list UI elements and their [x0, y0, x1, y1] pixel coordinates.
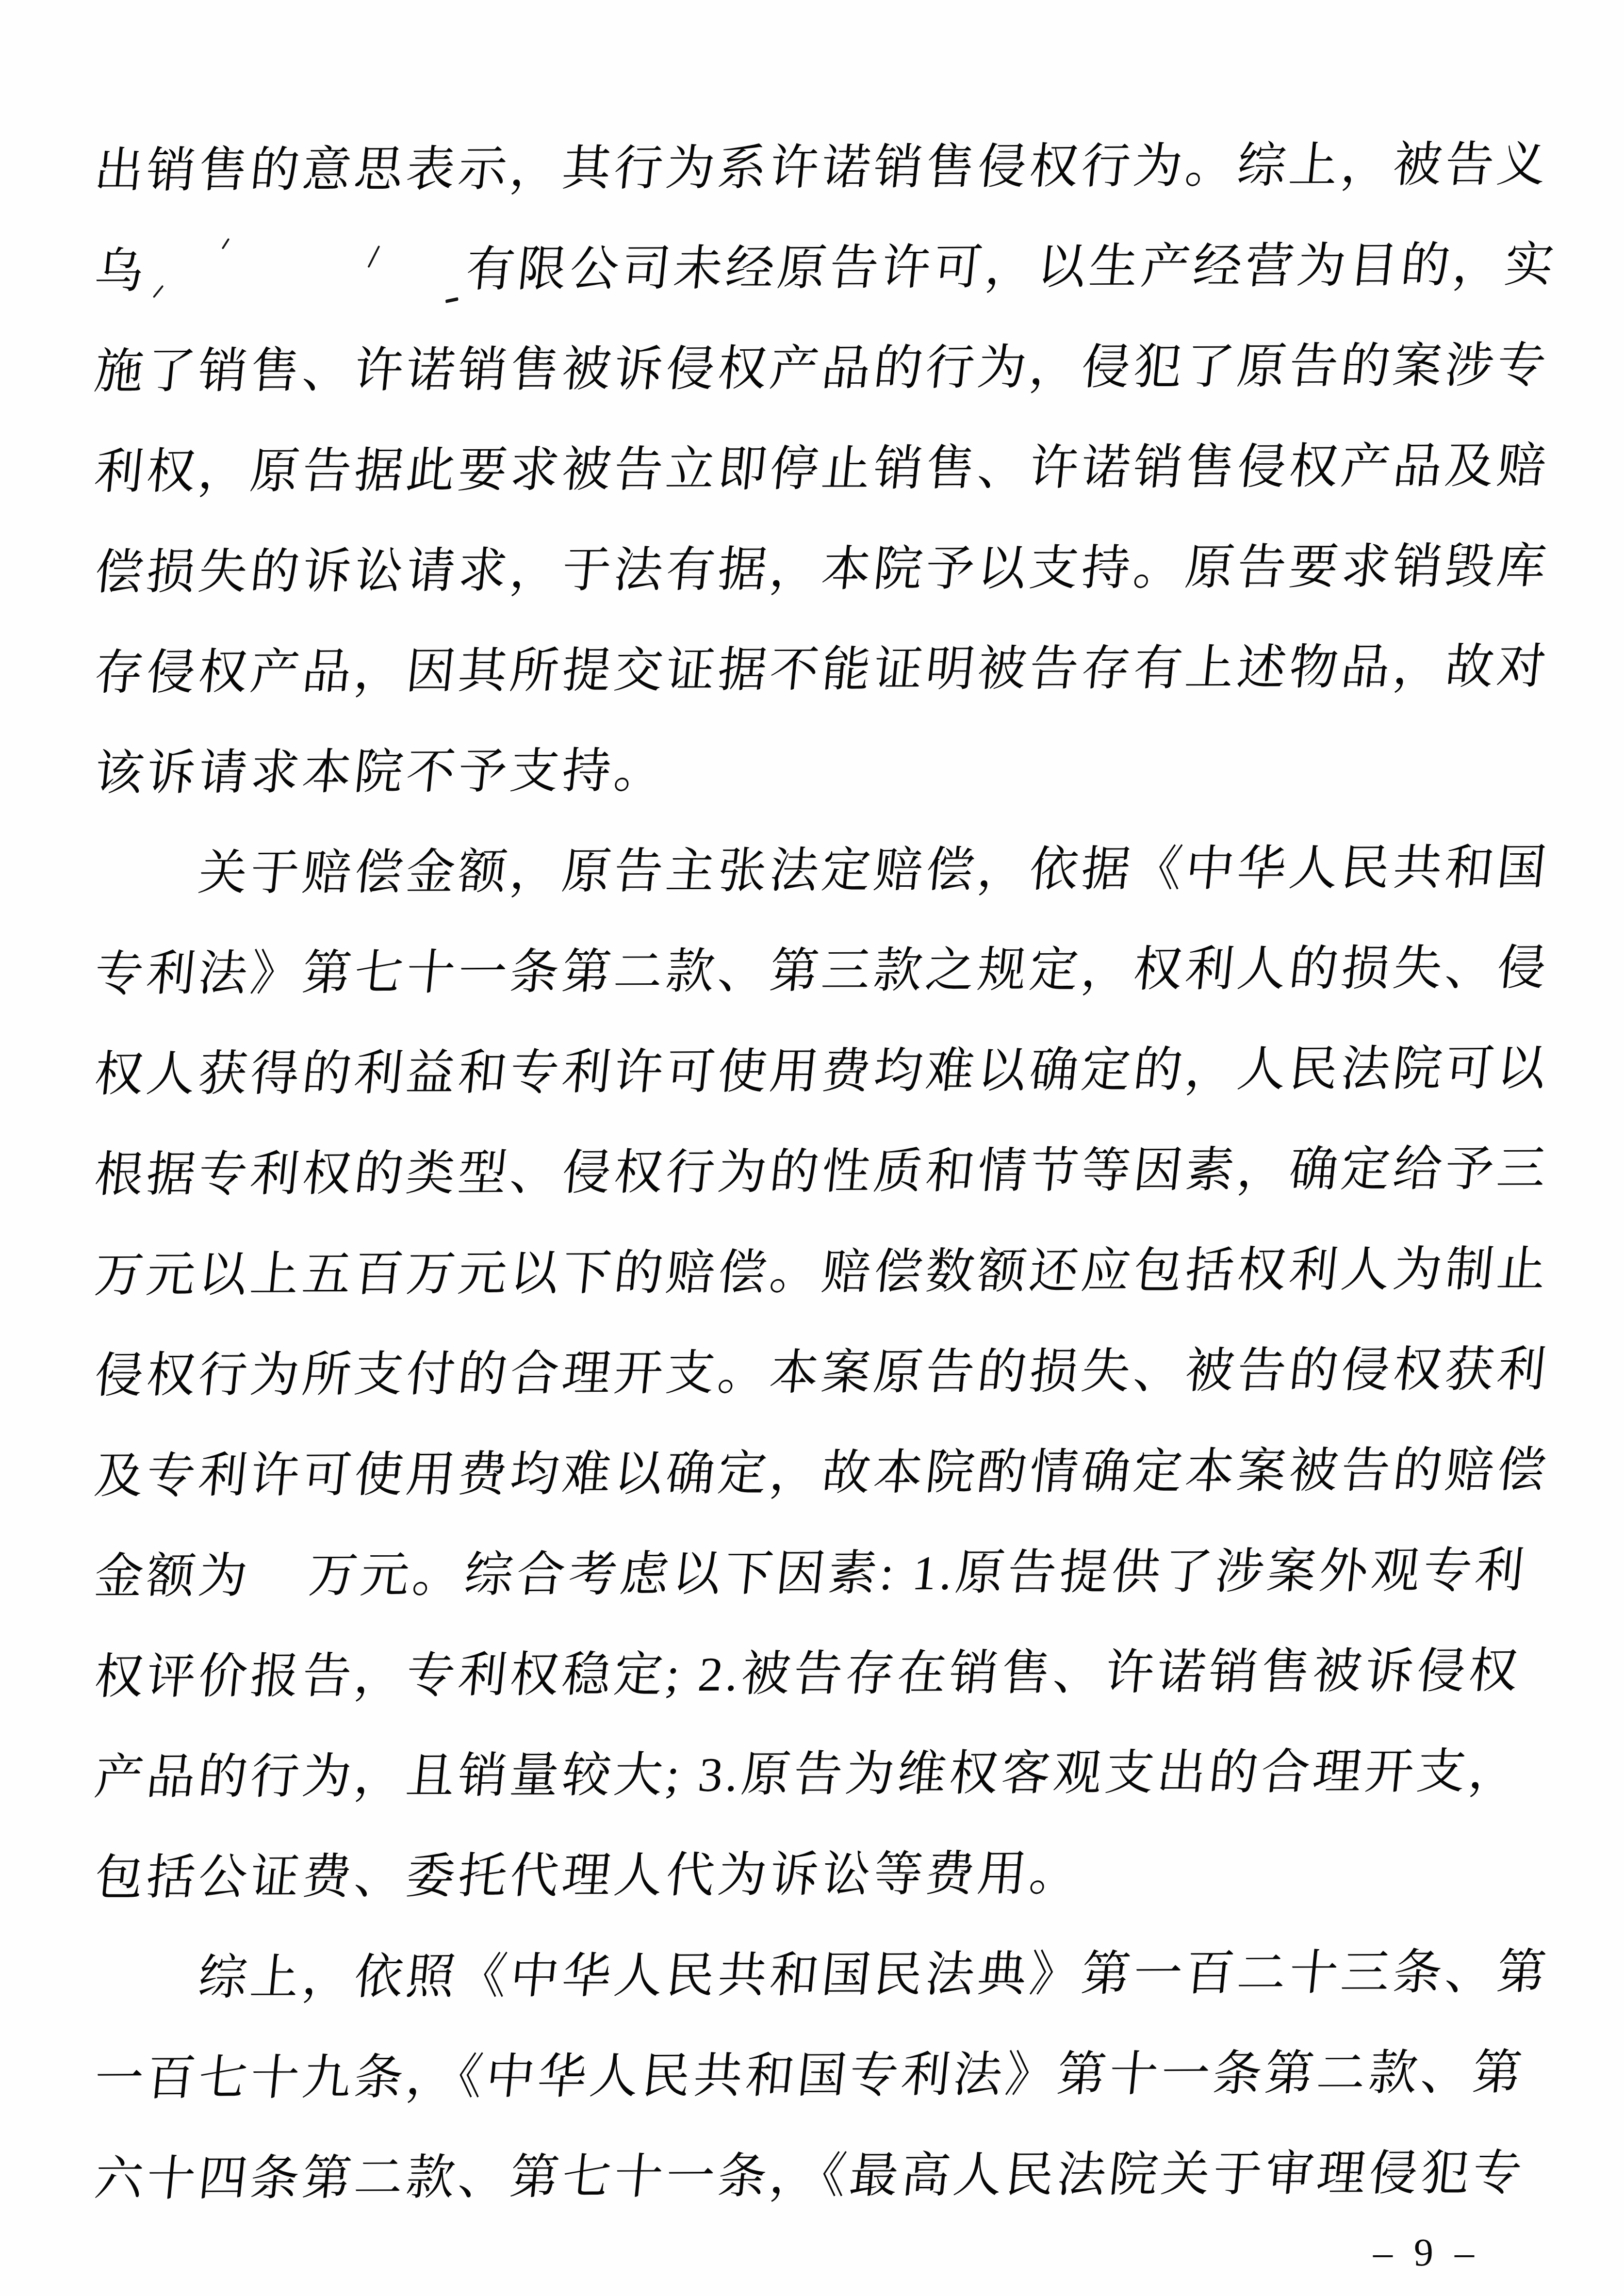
- text-line-1: 出销售的意思表示，其行为系许诺销售侵权行为。综上，被告义: [90, 114, 1557, 221]
- text-line-6: 存侵权产品，因其所提交证据不能证明被告存有上述物品，故对: [90, 616, 1557, 723]
- text-line-4: 利权，原告据此要求被告立即停止销售、许诺销售侵权产品及赔: [90, 415, 1557, 522]
- text-line-18: 包括公证费、委托代理人代为诉讼等费用。: [90, 1821, 1557, 1928]
- text-line-2: 乌有限公司未经原告许可，以生产经营为目的，实: [90, 214, 1557, 321]
- text-line-8: 关于赔偿金额，原告主张法定赔偿，依据《中华人民共和国: [90, 817, 1557, 924]
- text-line-14: 及专利许可使用费均难以确定，故本院酌情确定本案被告的赔偿: [90, 1419, 1557, 1526]
- judgment-text-block: 出销售的意思表示，其行为系许诺销售侵权行为。综上，被告义 乌有限公司未经原告许可…: [0, 117, 1624, 2226]
- text-line-11: 根据专利权的类型、侵权行为的性质和情节等因素，确定给予三: [90, 1118, 1557, 1225]
- redacted-amount-gap: [249, 1591, 307, 1593]
- text-line-21: 六十四条第二款、第七十一条，《最高人民法院关于审理侵犯专: [90, 2122, 1557, 2229]
- redaction-artifact-mark: [445, 297, 459, 303]
- line-2-suffix: 有限公司未经原告许可，以生产经营为目的，实: [463, 238, 1559, 296]
- text-line-3: 施了销售、许诺销售被诉侵权产品的行为，侵犯了原告的案涉专: [90, 315, 1557, 422]
- line-15-suffix: 万元。综合考虑以下因素: 1.原告提供了涉案外观专利: [306, 1544, 1530, 1603]
- text-line-16: 权评价报告，专利权稳定; 2.被告存在销售、许诺销售被诉侵权: [90, 1620, 1557, 1727]
- text-line-15: 金额为万元。综合考虑以下因素: 1.原告提供了涉案外观专利: [90, 1520, 1557, 1627]
- text-line-9: 专利法》第七十一条第二款、第三款之规定，权利人的损失、侵: [90, 917, 1557, 1024]
- redacted-company-name-gap: [145, 285, 464, 287]
- text-line-13: 侵权行为所支付的合理开支。本案原告的损失、被告的侵权获利: [90, 1319, 1557, 1426]
- text-line-7: 该诉请求本院不予支持。: [90, 716, 1557, 823]
- document-page: 出销售的意思表示，其行为系许诺销售侵权行为。综上，被告义 乌有限公司未经原告许可…: [0, 0, 1624, 2296]
- text-line-10: 权人获得的利益和专利许可使用费均难以确定的，人民法院可以: [90, 1018, 1557, 1124]
- text-line-5: 偿损失的诉讼请求，于法有据，本院予以支持。原告要求销毁库: [90, 516, 1557, 622]
- line-15-prefix: 金额为: [92, 1549, 253, 1603]
- text-line-12: 万元以上五百万元以下的赔偿。赔偿数额还应包括权利人为制止: [90, 1219, 1557, 1325]
- text-line-17: 产品的行为，且销量较大; 3.原告为维权客观支出的合理开支，: [90, 1721, 1557, 1827]
- redaction-artifact-mark: [367, 245, 380, 268]
- line-2-prefix: 乌: [92, 244, 149, 298]
- redaction-artifact-mark: [222, 238, 230, 249]
- page-number: – 9 –: [1373, 2223, 1499, 2283]
- text-line-19: 综上，依照《中华人民共和国民法典》第一百二十三条、第: [90, 1921, 1557, 2028]
- text-line-20: 一百七十九条，《中华人民共和国专利法》第十一条第二款、第: [90, 2022, 1557, 2129]
